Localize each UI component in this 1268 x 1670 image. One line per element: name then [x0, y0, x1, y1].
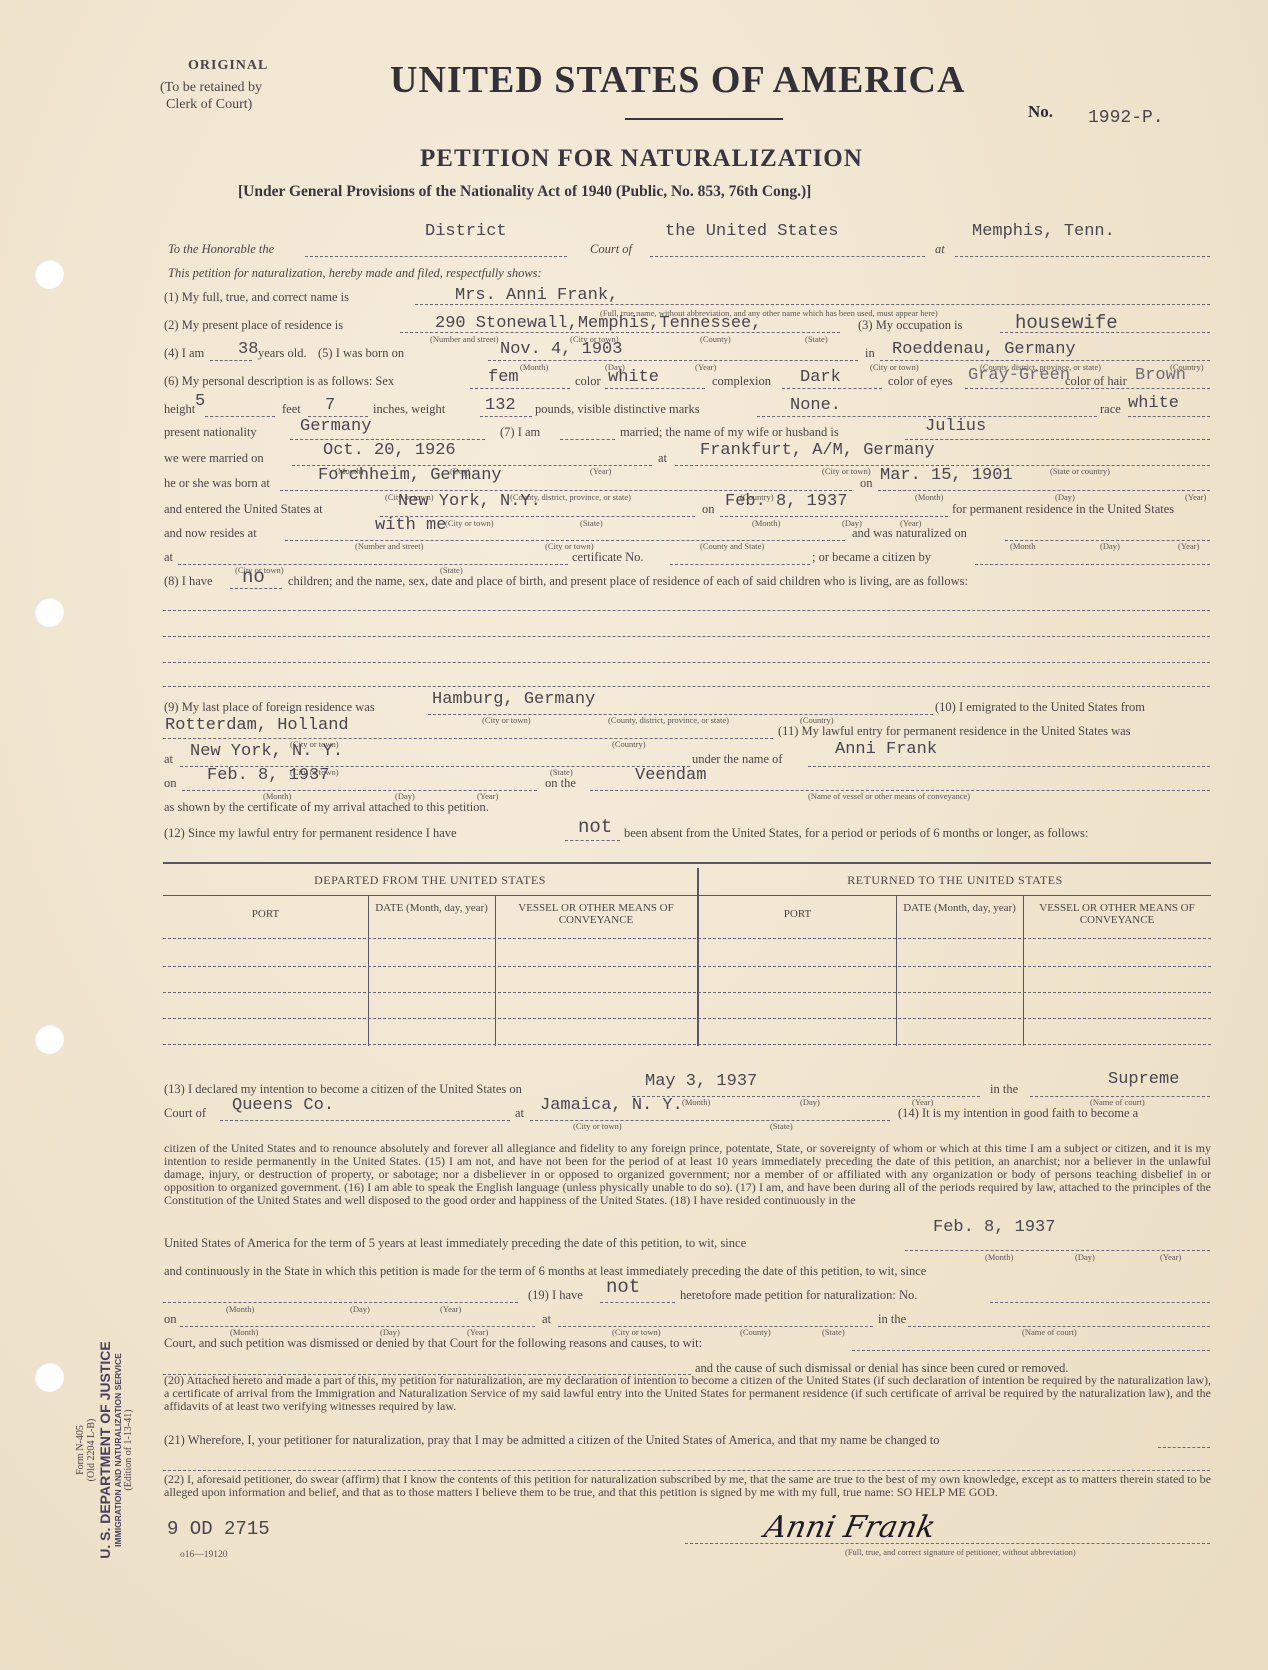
number-label: No. [1028, 102, 1053, 122]
hint: (Country) [612, 739, 646, 749]
label: ; or became a citizen by [812, 550, 931, 565]
title-rule [625, 118, 783, 120]
column-header: DATE (Month, day, year) [368, 902, 495, 914]
label: heretofore made petition for naturalizat… [680, 1288, 917, 1303]
hint: (Year) [1178, 541, 1199, 551]
color-value: white [608, 368, 659, 387]
spouse-birthdate-value: Mar. 15, 1901 [880, 466, 1013, 485]
label: Court of [164, 1106, 206, 1121]
field-4-label: (4) I am [164, 346, 204, 361]
field-19-label: (19) I have [528, 1288, 583, 1303]
hint: (State) [580, 518, 603, 528]
label: (14) It is my intention in good faith to… [898, 1106, 1138, 1121]
field-12-label: (12) Since my lawful entry for permanent… [164, 826, 457, 841]
hint: (Month [1010, 541, 1036, 551]
height-inches-value: 7 [325, 396, 335, 415]
column-header: PORT [163, 908, 368, 920]
court-name-value: Supreme [1108, 1070, 1179, 1089]
hint: (Year) [695, 362, 716, 372]
hint: (County) [700, 334, 731, 344]
original-label: ORIGINAL [188, 58, 268, 74]
departed-header: DEPARTED FROM THE UNITED STATES [163, 874, 697, 886]
race-value: white [1128, 394, 1179, 413]
label: in [865, 346, 875, 361]
label: (7) I am [500, 425, 540, 440]
punch-hole [34, 1362, 64, 1392]
hint: (Month) [226, 1304, 254, 1314]
signature-hint: (Full, true, and correct signature of pe… [845, 1547, 1076, 1557]
label: at [542, 1312, 551, 1327]
court-county-value: Queens Co. [232, 1096, 334, 1115]
label: color of eyes [888, 374, 953, 389]
hint: (State) [822, 1327, 845, 1337]
form-number: Form N-405 [75, 1300, 86, 1600]
hint: (Month) [682, 1097, 710, 1107]
spouse-birthplace-value: Forchheim, Germany [318, 466, 502, 485]
label: been absent from the United States, for … [624, 826, 1088, 841]
marriage-place-value: Frankfurt, A/M, Germany [700, 441, 935, 460]
court-city-value: Jamaica, N. Y. [540, 1096, 683, 1115]
hint: (Day) [350, 1304, 370, 1314]
intro-text: This petition for naturalization, hereby… [168, 266, 542, 281]
complexion-value: Dark [800, 368, 841, 387]
label: certificate No. [572, 550, 643, 565]
at-label: at [935, 242, 945, 257]
punch-hole [34, 1024, 64, 1054]
field-2-label: (2) My present place of residence is [164, 318, 343, 333]
emigrated-from-value: Rotterdam, Holland [165, 716, 349, 735]
hint: (Day) [800, 1097, 820, 1107]
birth-place-value: Roeddenau, Germany [892, 340, 1076, 359]
hint: (Year) [1185, 492, 1206, 502]
label: complexion [712, 374, 771, 389]
height-feet-value: 5 [195, 392, 205, 411]
label: race [1100, 402, 1121, 417]
print-code: o16—19120 [180, 1550, 228, 1560]
label: under the name of [692, 752, 783, 767]
hint: (Number and street) [355, 541, 423, 551]
label: on [164, 776, 177, 791]
hint: (City or town) [573, 1121, 622, 1131]
label: on [164, 1312, 177, 1327]
hint: (State or country) [1050, 466, 1110, 476]
label: on [860, 476, 873, 491]
label: color of hair [1065, 374, 1127, 389]
label: and continuously in the State in which t… [164, 1264, 926, 1279]
label: and entered the United States at [164, 502, 323, 517]
label: color [575, 374, 601, 389]
hint: (State) [770, 1121, 793, 1131]
form-old-number: (Old 2204 L-B) [86, 1300, 97, 1600]
entry-date-value: Feb. 8, 1937 [207, 766, 329, 785]
entry-place-value: New York, N. Y. [190, 742, 343, 761]
label: and now resides at [164, 526, 257, 541]
court-of-value: the United States [665, 222, 838, 241]
field-6-label: (6) My personal description is as follow… [164, 374, 394, 389]
label: in the [878, 1312, 906, 1327]
label: and was naturalized on [852, 526, 967, 541]
last-residence-value: Hamburg, Germany [432, 690, 595, 709]
label: for permanent residence in the United St… [952, 502, 1174, 517]
punch-hole [34, 259, 64, 289]
hint: (County and State) [700, 541, 764, 551]
document-title: UNITED STATES OF AMERICA [390, 58, 965, 102]
absence-table: DEPARTED FROM THE UNITED STATES RETURNED… [163, 868, 1211, 1046]
label: in the [990, 1082, 1018, 1097]
hint: (Year) [440, 1304, 461, 1314]
children-value: no [242, 566, 265, 588]
hint: (Year) [590, 466, 611, 476]
label: at [164, 550, 173, 565]
hint: (Day) [1075, 1252, 1095, 1262]
label: on the [545, 776, 576, 791]
petitioner-signature: Anni Frank [761, 1510, 938, 1545]
hint: (City or town) [870, 362, 919, 372]
field-9-label: (9) My last place of foreign residence w… [164, 700, 375, 715]
hint: (Month) [752, 518, 780, 528]
department-label: U. S. DEPARTMENT OF JUSTICE [97, 1300, 113, 1600]
hint: (Day) [1100, 541, 1120, 551]
marks-value: None. [790, 396, 841, 415]
act-line: [Under General Provisions of the Nationa… [238, 183, 811, 201]
edition-label: (Edition of 1-13-41) [123, 1300, 134, 1600]
spouse-resides-value: with me [375, 516, 446, 535]
spouse-entry-date-value: Feb. 8, 1937 [725, 492, 847, 511]
full-name-value: Mrs. Anni Frank, [455, 286, 618, 305]
absent-value: not [578, 816, 612, 838]
hint: (Day) [1055, 492, 1075, 502]
birth-date-value: Nov. 4, 1903 [500, 340, 622, 359]
spouse-name-value: Julius [925, 417, 986, 436]
hint: (Month) [915, 492, 943, 502]
marriage-date-value: Oct. 20, 1926 [323, 441, 456, 460]
hint: (Number and street) [430, 334, 498, 344]
spouse-entry-place-value: New York, N.Y. [398, 492, 541, 511]
hint: (City or town) [822, 466, 871, 476]
column-header: VESSEL OR OTHER MEANS OF CONVEYANCE [495, 902, 697, 926]
field-1-label: (1) My full, true, and correct name is [164, 290, 349, 305]
label: pounds, visible distinctive marks [535, 402, 700, 417]
paragraph-20: (20) Attached hereto and made a part of … [164, 1374, 1211, 1413]
hint: (Name of court) [1022, 1327, 1077, 1337]
declared-date-value: May 3, 1937 [645, 1072, 757, 1091]
hint: (County) [740, 1327, 771, 1337]
hint: (Name of vessel or other means of convey… [808, 791, 970, 801]
label: (11) My lawful entry for permanent resid… [778, 724, 1131, 739]
paragraph-14-18: citizen of the United States and to reno… [164, 1142, 1211, 1207]
label: on [702, 502, 715, 517]
field-8-label: (8) I have [164, 574, 213, 589]
label: we were married on [164, 451, 264, 466]
entry-name-value: Anni Frank [835, 740, 937, 759]
retained-note: Clerk of Court) [166, 97, 252, 113]
label: at [164, 752, 173, 767]
label: children; and the name, sex, date and pl… [288, 574, 968, 589]
label: feet [282, 402, 301, 417]
court-type: District [425, 222, 507, 241]
field-3-label: (3) My occupation is [858, 318, 963, 333]
prior-petition-value: not [606, 1276, 640, 1298]
punch-hole [34, 597, 64, 627]
weight-value: 132 [485, 396, 516, 415]
eyes-value: Gray-Green [968, 366, 1070, 385]
field-5-label: (5) I was born on [318, 346, 404, 361]
nationality-value: Germany [300, 417, 371, 436]
returned-header: RETURNED TO THE UNITED STATES [699, 874, 1211, 886]
sex-value: fem [488, 368, 519, 387]
hint: (Month) [985, 1252, 1013, 1262]
hair-value: Brown [1135, 366, 1186, 385]
retained-note: (To be retained by [160, 80, 262, 96]
hint: (State) [805, 334, 828, 344]
label: United States of America for the term of… [164, 1236, 746, 1251]
residence-value: 290 Stonewall,Memphis,Tennessee, [435, 314, 761, 333]
hint: (City or town) [445, 518, 494, 528]
label: present nationality [164, 425, 257, 440]
form-side-label: Form N-405 (Old 2204 L-B) U. S. DEPARTME… [75, 1300, 134, 1600]
document-subtitle: PETITION FOR NATURALIZATION [420, 145, 863, 173]
label: (10) I emigrated to the United States fr… [935, 700, 1145, 715]
label: he or she was born at [164, 476, 270, 491]
vessel-value: Veendam [635, 766, 706, 785]
label: married; the name of my wife or husband … [620, 425, 839, 440]
residence-since-value: Feb. 8, 1937 [933, 1218, 1055, 1237]
hint: (Month) [520, 362, 548, 372]
service-label: IMMIGRATION AND NATURALIZATION SERVICE [113, 1300, 123, 1600]
stamp-number: 9 OD 2715 [167, 1518, 270, 1540]
age-value: 38 [238, 340, 258, 359]
column-header: PORT [699, 908, 896, 920]
hint: (Year) [1160, 1252, 1181, 1262]
label: Court, and such petition was dismissed o… [164, 1336, 702, 1351]
label: at [658, 451, 667, 466]
column-header: DATE (Month, day, year) [896, 902, 1023, 914]
occupation-value: housewife [1015, 312, 1118, 334]
court-of-label: Court of [590, 242, 632, 257]
label: years old. [258, 346, 307, 361]
label: at [515, 1106, 524, 1121]
hint: (City or town) [482, 715, 531, 725]
label: height [164, 402, 195, 417]
petition-number: 1992-P. [1088, 108, 1164, 128]
hint: (County, district, province, or state) [608, 715, 729, 725]
label: as shown by the certificate of my arriva… [164, 800, 489, 815]
column-header: VESSEL OR OTHER MEANS OF CONVEYANCE [1023, 902, 1211, 926]
label: inches, weight [373, 402, 445, 417]
field-13-label: (13) I declared my intention to become a… [164, 1082, 522, 1097]
paragraph-21: (21) Wherefore, I, your petitioner for n… [164, 1433, 940, 1448]
court-location: Memphis, Tenn. [972, 222, 1115, 241]
to-label: To the Honorable the [168, 242, 274, 257]
paragraph-22: (22) I, aforesaid petitioner, do swear (… [164, 1473, 1211, 1499]
